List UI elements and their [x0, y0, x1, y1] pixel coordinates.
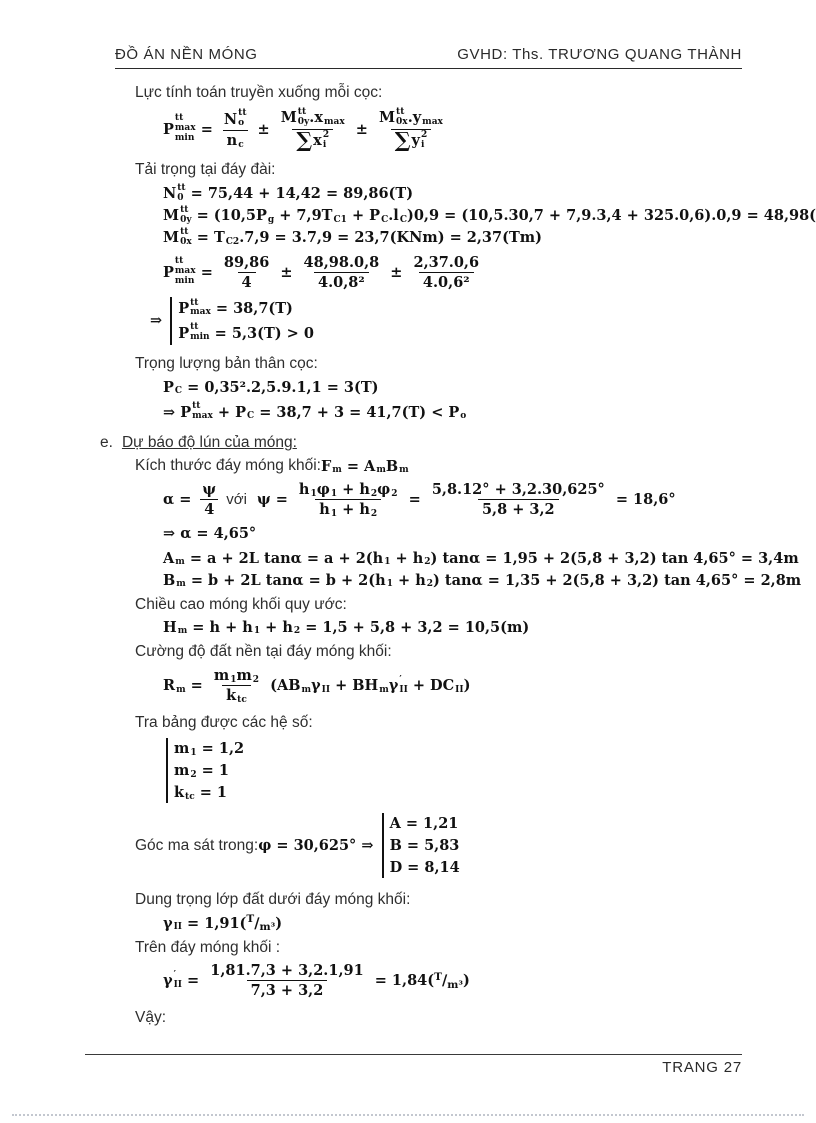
math-token: B	[386, 458, 398, 475]
math-token: II	[174, 918, 182, 928]
math-token: ktc	[222, 685, 251, 705]
math-token: = 75,44 + 14,42 = 89,86(T)	[186, 185, 413, 202]
math-token: 2	[371, 510, 377, 520]
text-conclusion-label: Vậy:	[135, 1009, 166, 1027]
math-token: c	[238, 141, 243, 151]
math-token: P	[369, 207, 380, 224]
math-token: +	[337, 501, 359, 518]
math-token: o	[238, 119, 246, 129]
math-token: 2	[391, 485, 397, 495]
math-token: 2	[253, 676, 259, 686]
math-token: 1,81.7,3 + 3,2.1,917,3 + 3,2	[206, 961, 367, 1000]
math-token: m	[379, 686, 389, 696]
math-token: PC	[369, 207, 388, 224]
math-token: 0x	[180, 238, 192, 248]
math-token: Ntt0	[163, 184, 186, 204]
math-token: + D	[408, 677, 443, 694]
formula-gamma-prime: γ′II = 1,81.7,3 + 3,2.1,917,3 + 3,2 = 1,…	[163, 961, 816, 1000]
math-token: D = 8,14	[390, 859, 460, 876]
math-token: φ2	[377, 481, 397, 498]
text-block-height-label: Chiều cao móng khối quy ước:	[135, 596, 347, 614]
math-token: R	[163, 677, 175, 694]
math-token: P	[178, 325, 189, 342]
formula-m0y: Mtt0y = (10,5Pg + 7,9TC1 + PC.lC)0,9 = (…	[163, 206, 816, 226]
formula-pc: PC = 0,35².2,5.9.1,1 = 3(T)	[163, 377, 816, 397]
math-token: tc	[185, 788, 195, 798]
math-token: T	[322, 207, 333, 224]
math-token: Pttmax	[178, 299, 211, 319]
math-token: y	[412, 132, 420, 149]
math-token: Bm	[288, 677, 311, 694]
math-token: max	[324, 113, 345, 123]
math-token: tt0x	[180, 228, 192, 248]
text-soil-strength-label: Cường độ đất nền tại đáy móng khối:	[135, 643, 392, 661]
formula-p-result: ⇒ Pttmax = 38,7(T)Pttmin = 5,3(T) > 0	[150, 297, 816, 346]
math-token: γII	[163, 915, 182, 932]
math-token: B	[163, 572, 175, 589]
text-above-base-label: Trên đáy móng khối :	[135, 939, 280, 957]
math-token: Mtt0y	[281, 108, 310, 128]
math-token: ′II	[174, 971, 182, 991]
math-token: max	[192, 412, 213, 422]
math-token: Pttmax	[180, 402, 213, 422]
math-token: Mtt0x.ymax∑y2i	[375, 107, 447, 152]
math-token: Nttonc	[220, 108, 251, 150]
math-token: )	[275, 915, 282, 932]
math-token: max	[190, 308, 211, 318]
math-token: CII	[443, 677, 464, 694]
math-token: α =	[163, 491, 196, 508]
header-title: ĐỒ ÁN NỀN MÓNG	[115, 46, 258, 63]
math-token: .ymax	[408, 109, 443, 126]
math-token: = a + 2L tanα = a + 2(	[185, 550, 373, 567]
text-block-base-size: Kích thước đáy móng khối: Fm = AmBm	[135, 456, 816, 476]
formula-pc-check: ⇒ Pttmax + PC = 38,7 + 3 = 41,7(T) < Po	[163, 402, 816, 422]
math-token: γII	[311, 677, 330, 694]
text-friction-angle-label: Góc ma sát trong:	[135, 837, 258, 855]
math-token: ψ	[202, 481, 216, 498]
math-token: c	[238, 136, 243, 146]
math-token: max	[324, 118, 345, 128]
math-token: 1,81.7,3 + 3,2.1,91	[206, 961, 367, 980]
math-token: = 1,5 + 5,8 + 3,2 = 10,5(m)	[300, 619, 529, 636]
math-token: m2	[174, 762, 197, 779]
math-token: 2	[190, 771, 196, 781]
math-token: 4.0,6²	[419, 272, 474, 292]
math-token: II	[455, 681, 463, 691]
math-token: 1	[384, 558, 390, 568]
formula-am: Am = a + 2L tanα = a + 2(h1 + h2) tanα =…	[163, 548, 816, 568]
math-token: γ	[311, 677, 321, 694]
math-token: ±	[275, 264, 297, 281]
math-token: 89,86	[224, 254, 269, 271]
math-token: = 1	[197, 762, 229, 779]
math-token: γ′II	[163, 971, 182, 991]
math-token: h2	[415, 572, 433, 589]
math-token: Fm	[321, 458, 342, 475]
math-token: m	[332, 466, 342, 476]
math-token: 2i	[421, 131, 427, 151]
math-token: A	[364, 458, 375, 475]
math-token: 2,37.0,64.0,6²	[409, 253, 483, 292]
math-token: ∑	[296, 131, 312, 150]
page-boundary-dotted-line	[12, 1114, 804, 1116]
math-token: Am	[364, 458, 386, 475]
math-token: Pttmin = 5,3(T) > 0	[178, 323, 314, 343]
math-token: Mtt0x	[379, 108, 408, 128]
math-token: max	[422, 113, 443, 123]
math-token: 2,37.0,6	[413, 254, 479, 271]
math-token: H	[163, 619, 177, 636]
math-token: γ′II	[389, 676, 408, 696]
math-token: với	[226, 491, 247, 508]
math-token: h2	[413, 550, 431, 567]
math-token: P	[163, 121, 174, 138]
math-token: Pttmaxmin	[163, 114, 196, 144]
math-token: C	[175, 387, 182, 397]
math-token: ) tanα = 1,95 + 2(5,8 + 3,2) tan 4,65° =…	[431, 550, 799, 567]
math-token: C	[400, 211, 407, 221]
math-token: ttmax	[190, 299, 211, 319]
text-soil-strength: Cường độ đất nền tại đáy móng khối:	[135, 642, 816, 662]
math-token: =	[342, 458, 364, 475]
math-token: )	[463, 972, 470, 989]
math-token: h	[373, 550, 384, 567]
math-token: 48,98.0,84.0,8²	[300, 253, 384, 292]
math-token: .xmax	[309, 109, 344, 126]
math-token: Rm	[163, 677, 186, 694]
math-token: m1m2	[210, 666, 263, 685]
math-token: .7,9 = 3.7,9 = 23,7(KNm) = 2,37(Tm)	[239, 229, 542, 246]
math-token: m	[302, 686, 312, 696]
math-token: N	[163, 185, 176, 202]
math-token: m	[332, 461, 342, 471]
math-token: k	[174, 784, 184, 801]
math-token: h1	[375, 572, 393, 589]
math-token: h	[413, 550, 424, 567]
math-token: II	[455, 686, 463, 696]
math-token: lC	[393, 207, 407, 224]
math-token: + B	[330, 677, 365, 694]
math-token: C	[381, 211, 388, 221]
math-token: B = 5,83	[390, 837, 460, 854]
math-token: 1	[331, 510, 337, 520]
math-token: m	[174, 762, 189, 779]
text-friction-angle: Góc ma sát trong: φ = 30,625° ⇒ A = 1,21…	[135, 813, 816, 878]
math-token: h	[282, 619, 293, 636]
math-token: Ntto	[224, 109, 247, 129]
math-token: i	[323, 141, 329, 151]
math-token: tto	[238, 109, 246, 129]
math-token: 2,37.0,6	[409, 253, 483, 272]
text-block-height: Chiều cao móng khối quy ước:	[135, 595, 816, 615]
math-token: Hm	[365, 677, 389, 694]
math-token: ttmaxmin	[175, 114, 196, 144]
math-token: k	[226, 687, 236, 704]
math-token: +	[390, 550, 412, 567]
math-token: P	[178, 300, 189, 317]
math-token: Pttmin	[178, 323, 209, 343]
math-token: h	[359, 501, 370, 518]
formula-pile-load-general: Pttmaxmin = Nttonc ± Mtt0y.xmax∑x2i ± Mt…	[163, 107, 816, 152]
math-token: min	[190, 333, 210, 343]
math-token: nc	[223, 130, 248, 150]
math-token: P	[256, 207, 267, 224]
math-token: Po	[448, 404, 466, 421]
text-load-at-cap: Tải trọng tại đáy đài:	[135, 160, 816, 180]
math-token: ttmax	[192, 402, 213, 422]
formula-n0: Ntt0 = 75,44 + 14,42 = 89,86(T)	[163, 184, 816, 204]
math-token: m1 = 1,2m2 = 1ktc = 1	[166, 738, 244, 803]
math-token: ±	[385, 264, 407, 281]
math-token: = 1,91(	[182, 915, 246, 932]
math-token: H	[365, 677, 379, 694]
math-token: m	[379, 681, 389, 691]
math-token: max	[422, 118, 443, 128]
math-token: m	[174, 740, 189, 757]
math-token: 5,8.12° + 3,2.30,625°	[432, 481, 605, 498]
formula-hm: Hm = h + h1 + h2 = 1,5 + 5,8 + 3,2 = 10,…	[163, 617, 816, 637]
math-token: T	[434, 971, 442, 983]
math-token: m1m2ktc	[210, 666, 263, 705]
math-token: ψ4	[198, 480, 220, 519]
formula-phi: φ = 30,625° ⇒ A = 1,21B = 5,83D = 8,14	[258, 813, 460, 878]
math-token: min	[175, 134, 196, 144]
math-token: m	[178, 622, 188, 632]
math-token: m	[376, 466, 386, 476]
math-token: m	[176, 681, 186, 691]
text-unit-weight-below: Dung trọng lớp đất dưới đáy móng khối:	[135, 890, 816, 910]
math-token: Mtt0x.ymax	[375, 107, 447, 129]
math-token: 1	[310, 490, 316, 500]
math-token: i	[421, 141, 427, 151]
math-token: m1	[174, 740, 197, 757]
math-token: (A	[265, 677, 288, 694]
math-token: ⇒	[163, 404, 180, 421]
text-pile-self-weight: Trọng lượng bản thân cọc:	[135, 354, 816, 374]
math-token: 48,98.0,8	[300, 253, 384, 272]
math-token: min	[175, 277, 196, 287]
math-token: C	[443, 677, 455, 694]
page-header: ĐỒ ÁN NỀN MÓNG GVHD: Ths. TRƯƠNG QUANG T…	[115, 46, 742, 69]
math-token: h	[242, 619, 253, 636]
math-token: II	[399, 686, 407, 696]
math-token: A = 1,21	[390, 815, 459, 832]
math-token: 7,3 + 3,2	[247, 980, 328, 1000]
section-marker: e.	[100, 434, 113, 452]
math-token: h1	[319, 501, 337, 518]
math-token: Ntto	[220, 108, 251, 130]
math-token: M	[281, 109, 297, 126]
formula-alpha-result: ⇒ α = 4,65°	[163, 523, 816, 543]
math-token: 1	[190, 749, 196, 759]
math-token: tt0y	[180, 206, 192, 226]
text-table-coeffs-label: Tra bảng được các hệ số:	[135, 714, 313, 732]
math-token: x	[313, 132, 322, 149]
math-token: + 7,9	[274, 207, 321, 224]
math-token: P	[448, 404, 459, 421]
math-token: h	[359, 481, 370, 498]
math-token: ∑	[395, 131, 411, 150]
math-token: m1	[214, 667, 237, 684]
math-token: m³	[447, 979, 463, 991]
math-token: M	[379, 109, 395, 126]
math-token: D = 8,14	[390, 859, 460, 876]
math-token: M	[163, 229, 179, 246]
text-pile-load: Lực tính toán truyền xuống mỗi cọc:	[135, 83, 816, 103]
math-token: A = 1,21	[390, 815, 459, 832]
math-token: =	[404, 491, 426, 508]
math-token: 2	[371, 505, 377, 515]
math-token: 89,864	[220, 253, 273, 292]
math-token: φ = 30,625° ⇒	[258, 837, 378, 854]
formula-rm: Rm = m1m2ktc (ABmγII + BHmγ′II + DCII)	[163, 666, 816, 705]
text-unit-weight-below-label: Dung trọng lớp đất dưới đáy móng khối:	[135, 891, 410, 909]
math-token: = 38,7(T)	[211, 300, 293, 317]
math-token: 4	[200, 499, 218, 519]
math-token: C1	[333, 216, 346, 226]
math-token: = 1,84(	[370, 972, 434, 989]
math-token: ∑x2i	[292, 129, 333, 152]
math-token: A	[163, 550, 174, 567]
math-token: 1,81.7,3 + 3,2.1,91	[210, 962, 363, 979]
math-token: m	[176, 686, 186, 696]
math-token: h1	[242, 619, 260, 636]
math-token: Mtt0y.xmax	[277, 107, 349, 129]
math-token: 4	[238, 272, 256, 292]
math-token: C	[175, 382, 182, 392]
math-token: TC2	[214, 229, 239, 246]
math-token: .y	[408, 109, 421, 126]
math-token: h2	[359, 501, 377, 518]
math-token: = 18,6°	[611, 491, 676, 508]
math-token: 0y	[180, 216, 192, 226]
math-token: 2	[424, 558, 430, 568]
math-token: o	[460, 412, 466, 422]
math-token: γ	[389, 677, 399, 694]
math-token: ′II	[399, 676, 407, 696]
math-token: m	[175, 558, 185, 568]
math-token: Mtt0y	[163, 206, 192, 226]
math-token: tc	[185, 793, 195, 803]
math-token: 0	[177, 194, 185, 204]
math-token: N	[224, 111, 237, 128]
math-token: Pttmaxmin	[163, 257, 196, 287]
math-token: m	[302, 681, 312, 691]
math-token: tt0y	[298, 108, 310, 128]
math-token: +	[393, 572, 415, 589]
math-token: +	[213, 404, 235, 421]
math-token: x2i	[313, 131, 329, 151]
math-token: m	[178, 627, 188, 637]
math-token: g	[268, 216, 274, 226]
math-token: 4	[204, 501, 214, 518]
footer-rule	[85, 1054, 742, 1055]
math-token: T	[214, 229, 225, 246]
math-token: B = 5,83	[390, 837, 460, 854]
formula-alpha: α = ψ4 với ψ = h1φ1 + h2φ2h1 + h2 = 5,8.…	[163, 480, 816, 519]
math-token: C	[400, 216, 407, 226]
math-token: m³	[260, 921, 276, 933]
math-token: m	[175, 553, 185, 563]
math-token: ttmaxmin	[175, 257, 196, 287]
math-token: C	[381, 216, 388, 226]
math-token: γ	[163, 972, 173, 989]
text-pile-load-label: Lực tính toán truyền xuống mỗi cọc:	[135, 84, 382, 102]
math-token: TC1	[322, 207, 347, 224]
math-token: 1	[387, 580, 393, 590]
text-pile-self-weight-label: Trọng lượng bản thân cọc:	[135, 355, 318, 373]
math-token: h	[415, 572, 426, 589]
math-token: 2	[427, 580, 433, 590]
math-token: tc	[237, 696, 247, 706]
math-token: II	[174, 981, 182, 991]
math-token: .x	[309, 109, 323, 126]
math-token: C	[247, 407, 254, 417]
math-token: 89,86	[220, 253, 273, 272]
math-token: Pttmax = 38,7(T)	[178, 299, 293, 319]
math-token: h	[299, 481, 310, 498]
math-token: Am	[163, 550, 185, 567]
formula-bm: Bm = b + 2L tanα = b + 2(h1 + h2) tanα =…	[163, 570, 816, 590]
math-token: 1	[230, 676, 236, 686]
math-token: C	[247, 412, 254, 422]
math-token: = b + 2L tanα = b + 2(	[186, 572, 375, 589]
math-token: m	[399, 461, 409, 471]
math-token: 7,3 + 3,2	[251, 982, 324, 999]
math-token: =	[196, 121, 218, 138]
math-token: C2	[226, 238, 239, 248]
math-token: ψ	[198, 480, 220, 499]
math-token: +	[347, 207, 369, 224]
math-token: ktc = 1	[174, 784, 227, 801]
text-block-base-size-label: Kích thước đáy móng khối:	[135, 457, 321, 475]
math-token: φ	[377, 481, 390, 498]
math-token: 2	[294, 627, 300, 637]
math-token: m	[176, 575, 186, 585]
math-token: 5,8.12° + 3,2.30,625°	[428, 480, 609, 499]
math-token: tt0x	[396, 108, 408, 128]
math-token: Mtt0y.xmax∑x2i	[277, 107, 349, 152]
math-token: B	[288, 677, 300, 694]
math-token: II	[322, 681, 330, 691]
math-token: m2	[236, 667, 259, 684]
formula-p-values: Pttmaxmin = 89,864 ± 48,98.0,84.0,8² ± 2…	[163, 253, 816, 292]
document-page: ĐỒ ÁN NỀN MÓNG GVHD: Ths. TRƯƠNG QUANG T…	[0, 0, 816, 1123]
math-token: h1 + h2	[315, 499, 381, 519]
math-token: = 1,2	[197, 740, 244, 757]
math-token: T	[246, 913, 254, 925]
text-conclusion: Vậy:	[135, 1008, 816, 1028]
math-token: m	[236, 667, 251, 684]
math-token: tc	[237, 691, 247, 701]
formula-gamma: γII = 1,91(T∕m³)	[163, 913, 816, 933]
math-token: h2	[282, 619, 300, 636]
math-token: ±	[351, 121, 373, 138]
formula-m0x: Mtt0x = TC2.7,9 = 3.7,9 = 23,7(KNm) = 2,…	[163, 228, 816, 248]
math-token: =	[186, 677, 208, 694]
text-above-base: Trên đáy móng khối :	[135, 938, 816, 958]
page-number: TRANG 27	[662, 1059, 742, 1076]
math-token: o	[460, 407, 466, 417]
text-table-coeffs: Tra bảng được các hệ số:	[135, 713, 816, 733]
math-token: m2 = 1	[174, 762, 229, 779]
math-token: ψ =	[247, 491, 293, 508]
math-token: 4.0,8²	[314, 272, 369, 292]
math-token: h	[319, 501, 330, 518]
math-token: C2	[226, 233, 239, 243]
math-token: ⇒	[150, 312, 167, 329]
